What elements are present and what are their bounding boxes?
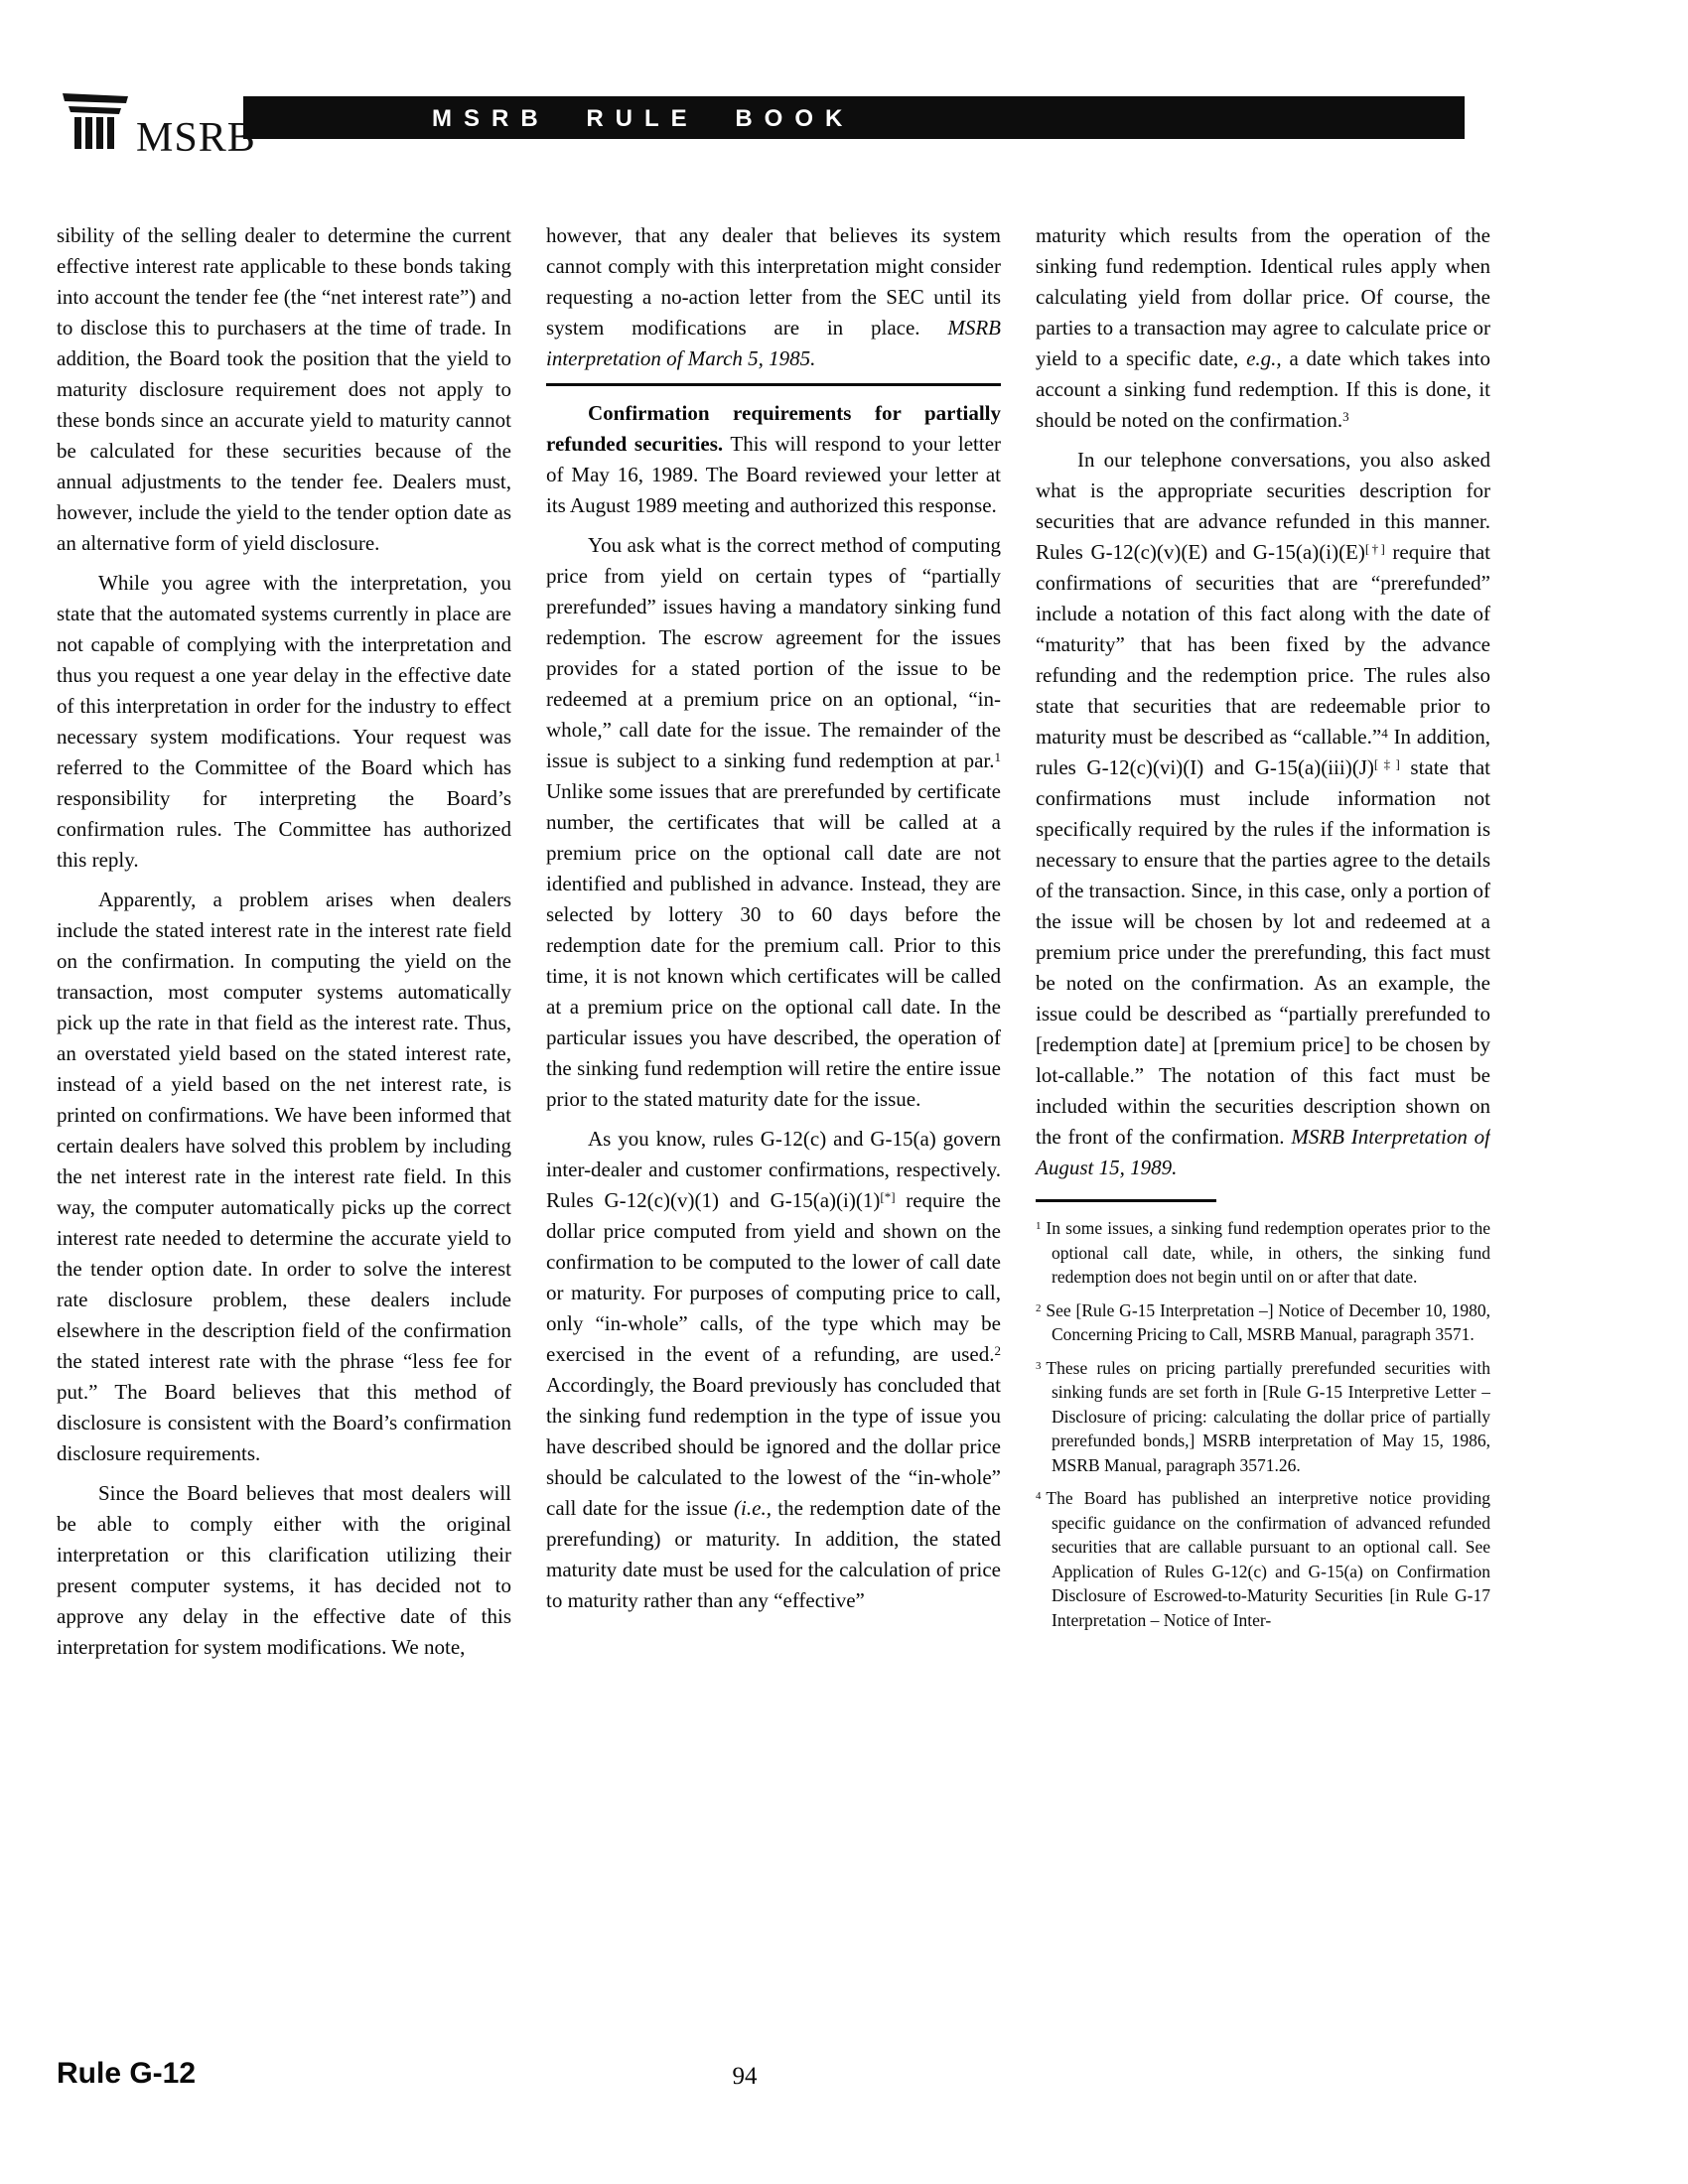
column-1: sibility of the selling dealer to determ… — [57, 220, 511, 2022]
text-run: (i.e., — [734, 1496, 772, 1520]
footnote-divider — [1036, 1199, 1216, 1202]
paragraph: Since the Board believes that most deale… — [57, 1478, 511, 1663]
text-run: state that confirmations must include in… — [1036, 755, 1490, 1149]
superscript-ref: [*] — [880, 1189, 895, 1204]
page-body: sibility of the selling dealer to determ… — [57, 220, 1490, 2022]
paragraph: In our telephone conversations, you also… — [1036, 445, 1490, 1183]
text-run: These rules on pricing partially prerefu… — [1046, 1358, 1490, 1475]
superscript-ref: 3 — [1342, 409, 1349, 424]
text-run: however, that any dealer that believes i… — [546, 223, 1001, 340]
text-run: See [Rule G-15 Interpretation –] Notice … — [1046, 1300, 1490, 1345]
footnote-1: 1In some issues, a sinking fund redempti… — [1036, 1216, 1490, 1290]
paragraph: As you know, rules G-12(c) and G-15(a) g… — [546, 1124, 1001, 1616]
superscript-ref: 2 — [994, 1343, 1001, 1358]
page-number: 94 — [0, 2063, 1489, 2091]
rulebook-banner: MSRB RULE BOOK — [243, 96, 1465, 139]
column-3: maturity which results from the operatio… — [1036, 220, 1490, 2022]
footnote-marker: 3 — [1036, 1360, 1041, 1372]
footnote-text: The Board has published an interpretive … — [1046, 1488, 1490, 1630]
text-run: The Board has published an interpretive … — [1046, 1488, 1490, 1630]
footnote-4: 4The Board has published an interpretive… — [1036, 1486, 1490, 1632]
superscript-ref: 1 — [994, 750, 1001, 764]
text-run: require that confirmations of securities… — [1036, 540, 1490, 749]
footnote-text: See [Rule G-15 Interpretation –] Notice … — [1046, 1300, 1490, 1345]
text-run: sibility of the selling dealer to determ… — [57, 223, 511, 555]
footnote-2: 2See [Rule G-15 Interpretation –] Notice… — [1036, 1298, 1490, 1347]
text-run: Since the Board believes that most deale… — [57, 1481, 511, 1659]
text-run: Apparently, a problem arises when dealer… — [57, 887, 511, 1465]
text-run: e.g., — [1246, 346, 1282, 370]
footnote-marker: 4 — [1036, 1490, 1041, 1502]
text-run: You ask what is the correct method of co… — [546, 533, 1001, 772]
interpretation-heading-paragraph: Confirmation requirements for partially … — [546, 398, 1001, 521]
msrb-logo-icon — [63, 93, 128, 154]
column-2: however, that any dealer that believes i… — [546, 220, 1001, 2022]
superscript-ref: [‡] — [1374, 756, 1400, 771]
superscript-ref: [†] — [1365, 541, 1385, 556]
paragraph: While you agree with the interpretation,… — [57, 568, 511, 876]
footnote-marker: 2 — [1036, 1302, 1041, 1314]
superscript-ref: 4 — [1381, 726, 1388, 741]
footnote-marker: 1 — [1036, 1220, 1041, 1232]
paragraph: You ask what is the correct method of co… — [546, 530, 1001, 1115]
text-run: require the dollar price computed from y… — [546, 1188, 1001, 1366]
section-divider — [546, 383, 1001, 386]
footnote-text: In some issues, a sinking fund redemptio… — [1046, 1218, 1490, 1287]
footnote-text: These rules on pricing partially prerefu… — [1046, 1358, 1490, 1475]
footnote-3: 3These rules on pricing partially preref… — [1036, 1356, 1490, 1478]
banner-title: MSRB RULE BOOK — [432, 105, 854, 132]
paragraph: maturity which results from the operatio… — [1036, 220, 1490, 436]
text-run: While you agree with the interpretation,… — [57, 571, 511, 872]
document-page: MSRB MSRB RULE BOOK sibility of the sell… — [0, 0, 1688, 2184]
paragraph: sibility of the selling dealer to determ… — [57, 220, 511, 559]
msrb-logo-text: MSRB — [136, 114, 256, 162]
text-run: Unlike some issues that are prerefunded … — [546, 779, 1001, 1111]
paragraph: Apparently, a problem arises when dealer… — [57, 885, 511, 1469]
text-run: In some issues, a sinking fund redemptio… — [1046, 1218, 1490, 1287]
paragraph: however, that any dealer that believes i… — [546, 220, 1001, 374]
